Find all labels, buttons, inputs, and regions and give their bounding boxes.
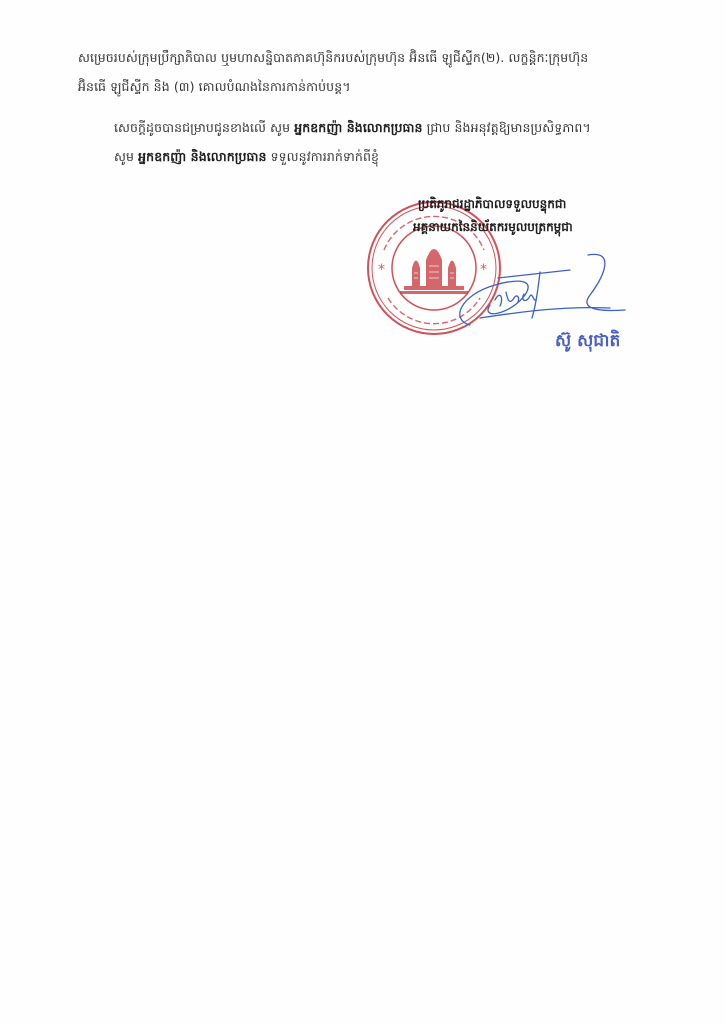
document-page: សម្រេចរបស់ក្រុមប្រឹក្សាភិបាល ឬមហាសន្និបា… [0, 0, 725, 1024]
paragraph2-addressee: អ្នកឧកញ៉ា និងលោកប្រធាន [294, 120, 422, 135]
paragraph3-suffix: ទទួលនូវការរាក់ទាក់ពីខ្ញុំ [267, 149, 380, 164]
paragraph2: សេចក្ដីដូចបានជម្រាបជូនខាងលើ សូម អ្នកឧកញ៉… [114, 120, 591, 139]
signatory-title-line2: អគ្គនាយកនៃនិយ័តករមូលបត្រកម្ពុជា [413, 219, 573, 237]
paragraph3: សូម អ្នកឧកញ៉ា និងលោកប្រធាន ទទួលនូវការរាក… [114, 149, 379, 168]
paragraph2-prefix: សេចក្ដីដូចបានជម្រាបជូនខាងលើ សូម [114, 120, 294, 135]
signatory-title-line1: ប្រតិភូរាជរដ្ឋាភិបាលទទួលបន្ទុកជា [418, 196, 566, 214]
paragraph3-prefix: សូម [114, 149, 138, 164]
svg-text:*: * [378, 262, 385, 278]
paragraph3-addressee: អ្នកឧកញ៉ា និងលោកប្រធាន [138, 149, 266, 164]
signer-name: ស៊ូ សុជាតិ [555, 330, 620, 355]
paragraph1-line1: សម្រេចរបស់ក្រុមប្រឹក្សាភិបាល ឬមហាសន្និបា… [78, 50, 588, 69]
paragraph1-line2: អ៊ិនធើ ឡូជីស្ទីក និង (៣) គោលបំណងនៃការកាន… [78, 79, 351, 98]
paragraph2-suffix: ជ្រាប និងអនុវត្តឱ្យមានប្រសិទ្ធភាព។ [423, 120, 591, 135]
handwritten-signature-icon [440, 240, 630, 330]
